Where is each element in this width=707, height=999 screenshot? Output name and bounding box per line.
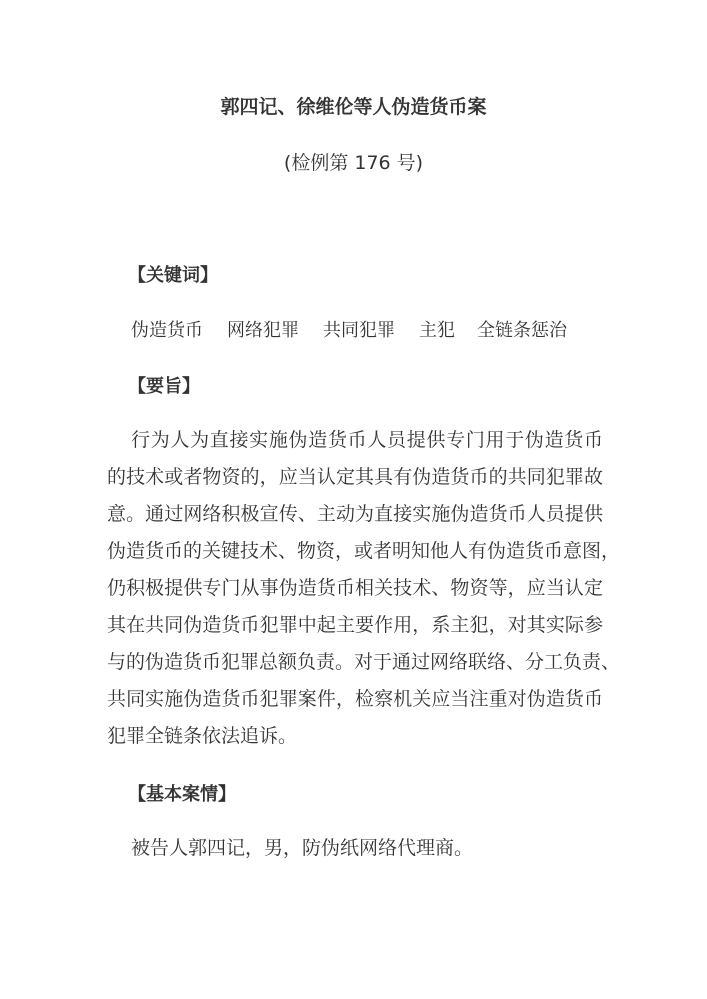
- paragraph-line: 犯罪全链条依法追诉。: [107, 718, 603, 755]
- paragraph-line: 行为人为直接实施伪造货币人员提供专门用于伪造货币: [107, 422, 603, 459]
- paragraph-line: 共同实施伪造货币犯罪案件，检察机关应当注重对伪造货币: [107, 681, 603, 718]
- paragraph-line: 与的伪造货币犯罪总额负责。对于通过网络联络、分工负责、: [107, 644, 603, 681]
- gist-heading: 【要旨】: [128, 372, 200, 398]
- paragraph-line: 仍积极提供专门从事伪造货币相关技术、物资等，应当认定: [107, 570, 603, 607]
- paragraph-line: 的技术或者物资的，应当认定其具有伪造货币的共同犯罪故: [107, 459, 603, 496]
- keyword-item: 网络犯罪: [227, 316, 299, 342]
- paragraph-line: 其在共同伪造货币犯罪中起主要作用，系主犯，对其实际参: [107, 607, 603, 644]
- paragraph-line: 伪造货币的关键技术、物资，或者明知他人有伪造货币意图，: [107, 533, 603, 570]
- keyword-item: 全链条惩治: [477, 316, 567, 342]
- document-title: 郭四记、徐维伦等人伪造货币案: [0, 92, 707, 119]
- keyword-item: 共同犯罪: [323, 316, 395, 342]
- keywords-heading: 【关键词】: [128, 261, 218, 287]
- keyword-item: 主犯: [419, 316, 455, 342]
- case-number: (检例第 176 号): [0, 148, 707, 175]
- gist-paragraph: 行为人为直接实施伪造货币人员提供专门用于伪造货币 的技术或者物资的，应当认定其具…: [107, 422, 603, 755]
- paragraph-line: 被告人郭四记，男，防伪纸网络代理商。: [107, 830, 603, 867]
- keyword-item: 伪造货币: [131, 316, 203, 342]
- basic-facts-paragraph: 被告人郭四记，男，防伪纸网络代理商。: [107, 830, 603, 867]
- basic-facts-heading: 【基本案情】: [128, 780, 236, 806]
- paragraph-line: 意。通过网络积极宣传、主动为直接实施伪造货币人员提供: [107, 496, 603, 533]
